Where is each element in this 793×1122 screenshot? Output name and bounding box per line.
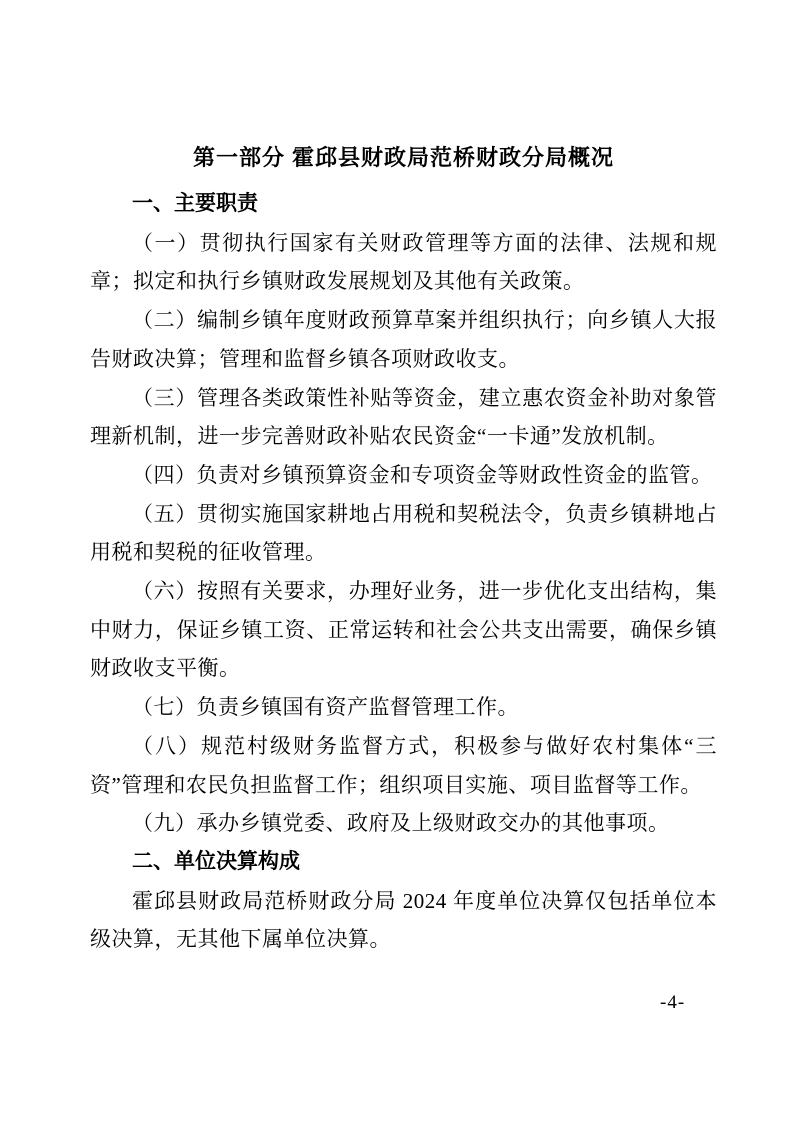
paragraph-duty-7: （七）负责乡镇国有资产监督管理工作。 <box>90 688 717 727</box>
paragraph-duty-1: （一）贯彻执行国家有关财政管理等方面的法律、法规和规章；拟定和执行乡镇财政发展规… <box>90 224 717 301</box>
document-content: 第一部分 霍邱县财政局范桥财政分局概况 一、主要职责 （一）贯彻执行国家有关财政… <box>90 143 717 959</box>
paragraph-duty-8: （八）规范村级财务监督方式，积极参与做好农村集体“三资”管理和农民负担监督工作；… <box>90 727 717 804</box>
paragraph-duty-5: （五）贯彻实施国家耕地占用税和契税法令，负责乡镇耕地占用税和契税的征收管理。 <box>90 495 717 572</box>
document-title: 第一部分 霍邱县财政局范桥财政分局概况 <box>90 143 717 173</box>
section-heading-main-duties: 一、主要职责 <box>90 185 717 224</box>
document-page: 第一部分 霍邱县财政局范桥财政分局概况 一、主要职责 （一）贯彻执行国家有关财政… <box>0 0 793 1122</box>
paragraph-unit-composition: 霍邱县财政局范桥财政分局 2024 年度单位决算仅包括单位本级决算，无其他下属单… <box>90 882 717 959</box>
section-heading-unit-composition: 二、单位决算构成 <box>90 843 717 882</box>
paragraph-duty-3: （三）管理各类政策性补贴等资金，建立惠农资金补助对象管理新机制，进一步完善财政补… <box>90 379 717 456</box>
paragraph-duty-9: （九）承办乡镇党委、政府及上级财政交办的其他事项。 <box>90 804 717 843</box>
paragraph-duty-6: （六）按照有关要求，办理好业务，进一步优化支出结构，集中财力，保证乡镇工资、正常… <box>90 572 717 688</box>
page-number: -4- <box>660 990 685 1016</box>
paragraph-duty-2: （二）编制乡镇年度财政预算草案并组织执行；向乡镇人大报告财政决算；管理和监督乡镇… <box>90 301 717 378</box>
paragraph-duty-4: （四）负责对乡镇预算资金和专项资金等财政性资金的监管。 <box>90 456 717 495</box>
